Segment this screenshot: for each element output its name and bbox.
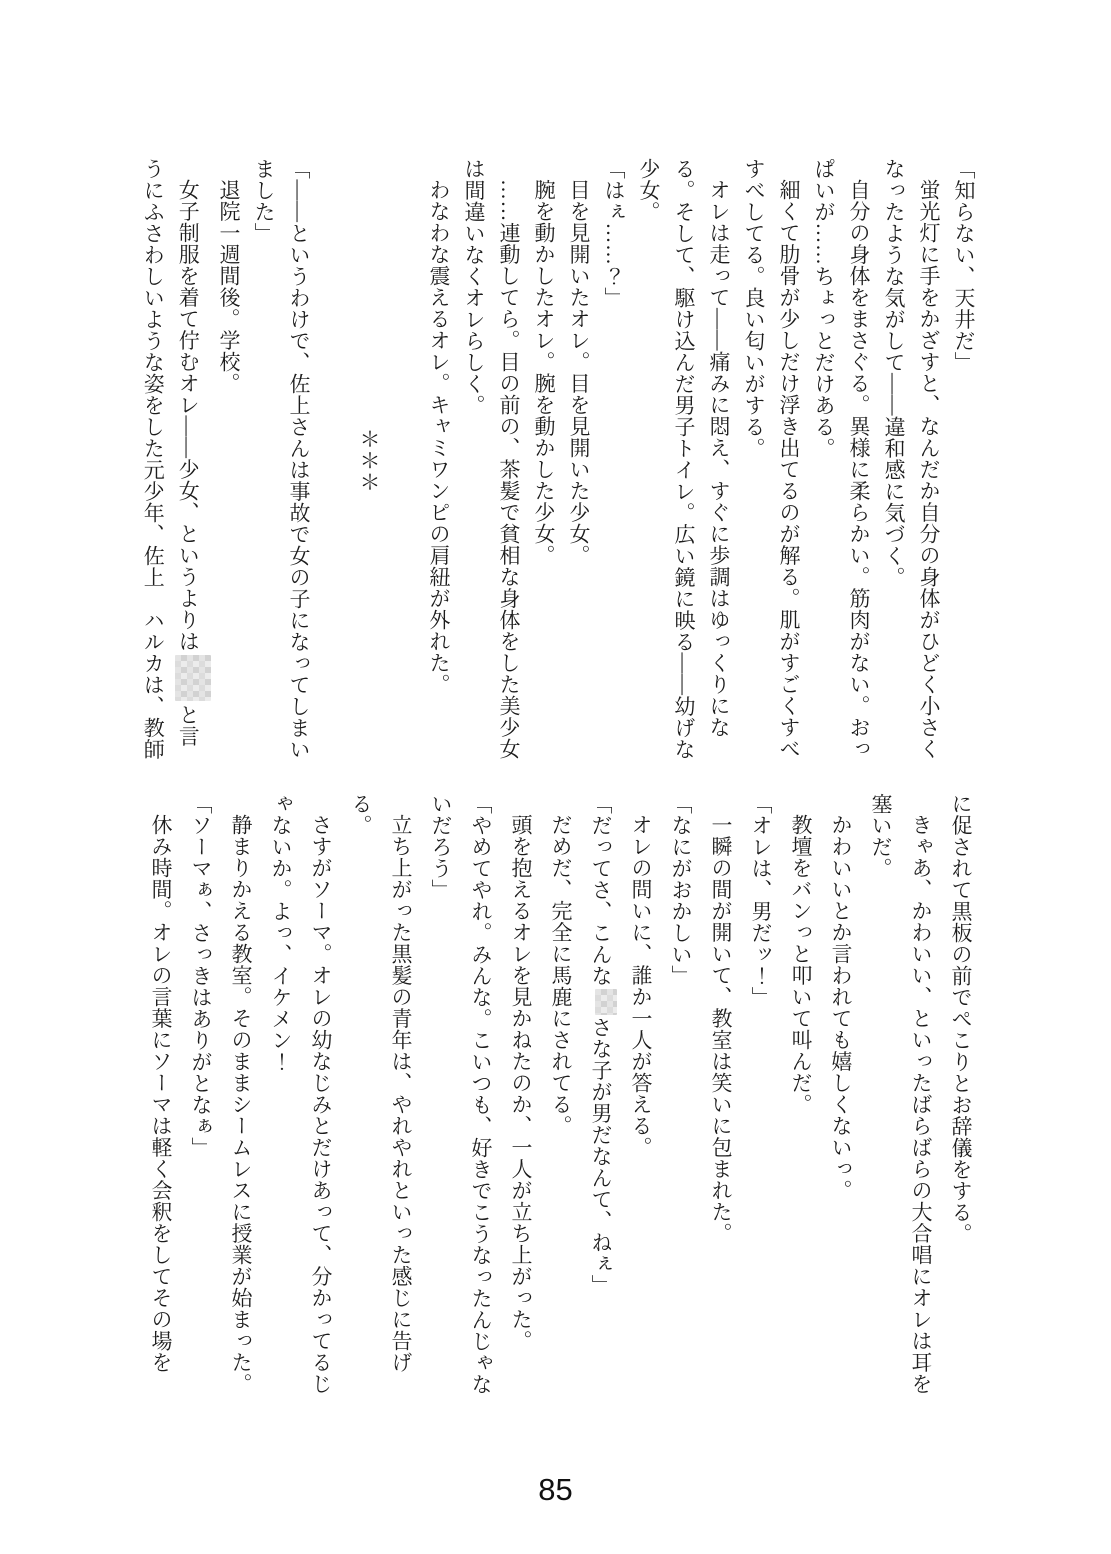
paragraph: 退院一週間後。学校。 [211, 158, 246, 762]
paragraph: きゃあ、かわいい、といったばらばらの大合唱にオレは耳を塞いだ。 [861, 793, 941, 1397]
paragraph: 立ち上がった黒髪の青年は、やれやれといった感じに告げる。 [341, 793, 421, 1397]
paragraph: 目を見開いたオレ。目を見開いた少女。 [561, 158, 596, 762]
paragraph: 一瞬の間が開いて、教室は笑いに包まれた。 [701, 793, 741, 1397]
paragraph: 教壇をバンっと叩いて叫んだ。 [781, 793, 821, 1397]
paragraph: 女子制服を着て佇むオレ——少女、というよりはと言うにふさわしいような姿をした元少… [135, 158, 211, 762]
paragraph: オレの問いに、誰か一人が答える。 [621, 793, 661, 1397]
paragraph: わなわな震えるオレ。キャミワンピの肩紐が外れた。 [421, 158, 456, 762]
paragraph: ……連動してら。目の前の、茶髪で貧相な身体をした美少女は間違いなくオレらしく。 [456, 158, 526, 762]
paragraph: 「——というわけで、佐上さんは事故で女の子になってしまいました」 [246, 158, 316, 762]
paragraph: 「やめてやれ。みんな。こいつも、好きでこうなったんじゃないだろう」 [421, 793, 501, 1397]
paragraph: さすがソーマ。オレの幼なじみとだけあって、分かってるじゃないか。よっ、イケメン！ [261, 793, 341, 1397]
paragraph: 「ソーマぁ、さっきはありがとなぁ」 [181, 793, 221, 1397]
paragraph: 頭を抱えるオレを見かねたのか、一人が立ち上がった。 [501, 793, 541, 1397]
paragraph: 自分の身体をまさぐる。異様に柔らかい。筋肉がない。おっぱいが……ちょっとだけある… [806, 158, 876, 762]
top-text-block: 「知らない、天井だ」蛍光灯に手をかざすと、なんだか自分の身体がひどく小さくなった… [135, 158, 981, 762]
paragraph [316, 158, 351, 762]
paragraph: オレは走って——痛みに悶え、すぐに歩調はゆっくりになる。そして、駆け込んだ男子ト… [631, 158, 736, 762]
paragraph: 腕を動かしたオレ。腕を動かした少女。 [526, 158, 561, 762]
page-number: 85 [0, 1472, 1111, 1508]
paragraph: 蛍光灯に手をかざすと、なんだか自分の身体がひどく小さくなったような気がして——違… [876, 158, 946, 762]
novel-page: 「知らない、天井だ」蛍光灯に手をかざすと、なんだか自分の身体がひどく小さくなった… [0, 0, 1111, 1554]
paragraph: 静まりかえる教室。そのままシームレスに授業が始まった。 [221, 793, 261, 1397]
paragraph: かわいいとか言われても嬉しくないっ。 [821, 793, 861, 1397]
bottom-text-block: に促されて黒板の前でぺこりとお辞儀をする。きゃあ、かわいい、といったばらばらの大… [141, 793, 981, 1397]
censor-mosaic [175, 655, 211, 701]
paragraph [386, 158, 421, 762]
section-separator: ＊＊＊ [351, 158, 386, 762]
paragraph: 「オレは、男だッ！」 [741, 793, 781, 1397]
paragraph: 「なにがおかしい」 [661, 793, 701, 1397]
paragraph: 「知らない、天井だ」 [946, 158, 981, 762]
paragraph: だめだ、完全に馬鹿にされてる。 [541, 793, 581, 1397]
censor-mosaic [595, 989, 617, 1015]
paragraph: 休み時間。オレの言葉にソーマは軽く会釈をしてその場を [141, 793, 181, 1397]
paragraph: 細くて肋骨が少しだけ浮き出てるのが解る。肌がすごくすべすべしてる。良い匂いがする… [736, 158, 806, 762]
paragraph: に促されて黒板の前でぺこりとお辞儀をする。 [941, 793, 981, 1397]
paragraph: 「だってさ、こんなさな子が男だなんて、ねぇ」 [581, 793, 621, 1397]
paragraph: 「はぇ……？」 [596, 158, 631, 762]
